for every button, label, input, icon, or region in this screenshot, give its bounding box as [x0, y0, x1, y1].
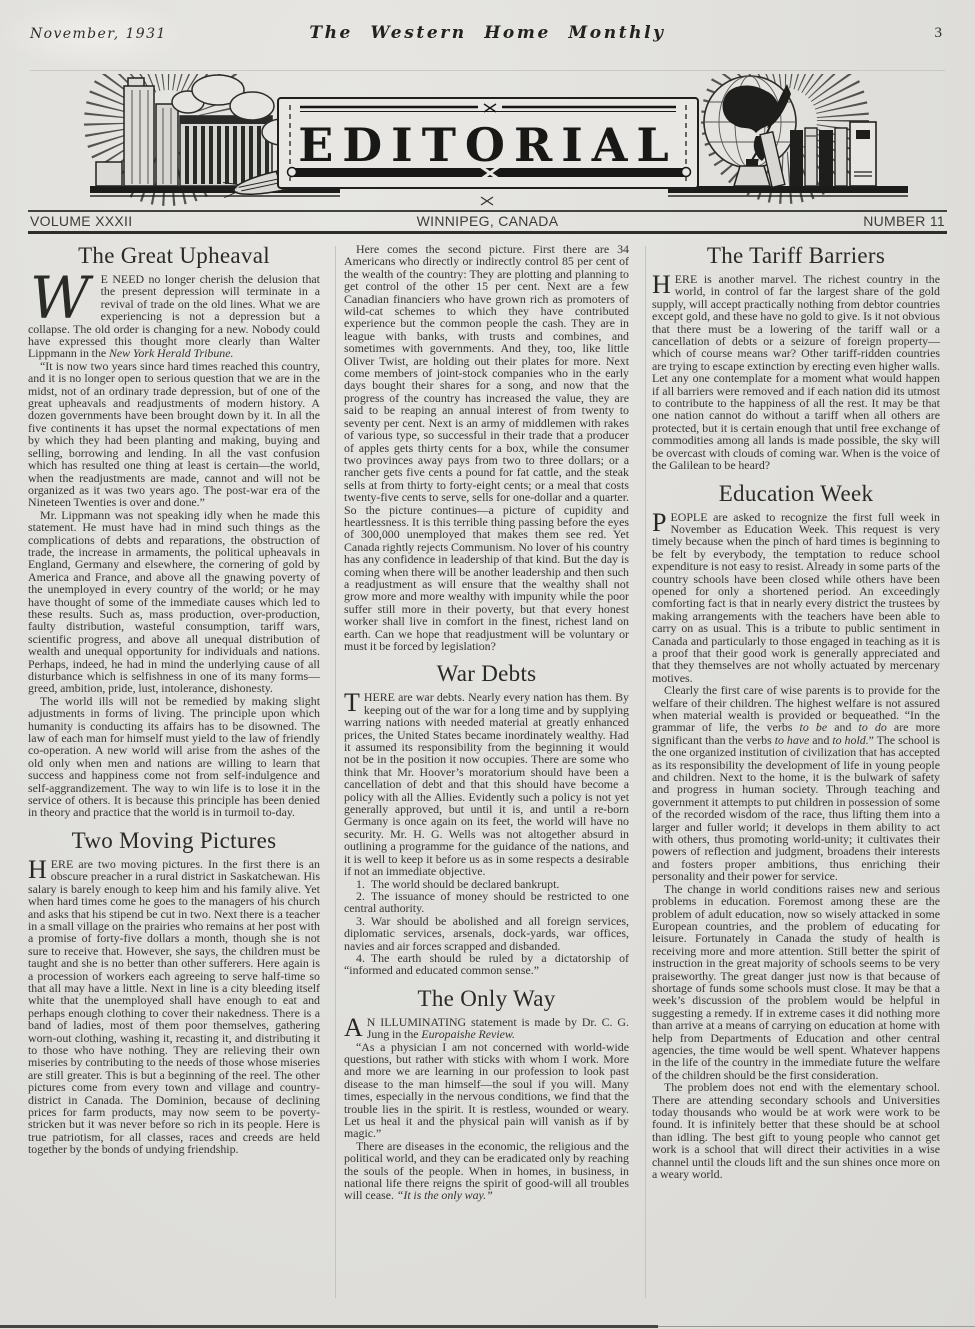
masthead: VOLUME XXXII WINNIPEG, CANADA NUMBER 11 [28, 213, 947, 230]
drop-cap: P [652, 511, 670, 534]
masthead-rule-bottom [28, 231, 947, 234]
paragraph: “It is now two years since hard times re… [28, 360, 320, 509]
page-bottom-rule-faint [658, 1326, 975, 1327]
paragraph: Mr. Lippmann was not speaking idly when … [28, 509, 320, 695]
paragraph: 2. The issuance of money should be restr… [344, 890, 629, 915]
article-heading: Education Week [652, 481, 940, 507]
paragraph: THERE are war debts. Nearly every nation… [344, 691, 629, 877]
header-rule [30, 70, 945, 71]
magazine-title: The Western Home Monthly [0, 23, 975, 43]
banner-title: EDITORIAL [298, 118, 678, 172]
paragraph: 3. War should be abolished and all forei… [344, 915, 629, 952]
drop-cap: T [344, 691, 364, 714]
paragraph: WE NEED no longer cherish the delusion t… [28, 273, 320, 360]
page-bottom-rule [0, 1325, 658, 1328]
column-left: The Great UpheavalWE NEED no longer cher… [28, 243, 320, 1305]
paragraph: Here comes the second picture. First the… [344, 243, 629, 652]
editorial-scroll-panel: EDITORIAL [278, 98, 698, 205]
column-divider-1 [335, 246, 336, 1298]
magazine-page: November, 1931 The Western Home Monthly … [0, 0, 975, 1329]
paragraph: The change in world conditions raises ne… [652, 883, 940, 1082]
paragraph: “As a physician I am not concerned with … [344, 1041, 629, 1140]
drop-cap: W [28, 273, 101, 320]
paragraph: PEOPLE are asked to recognize the first … [652, 511, 940, 685]
drop-cap: H [28, 858, 51, 881]
paragraph: AN ILLUMINATING statement is made by Dr.… [344, 1016, 629, 1041]
paragraph: HERE is another marvel. The richest coun… [652, 273, 940, 472]
drop-cap: A [344, 1016, 367, 1039]
editorial-banner: EDITORIAL [28, 74, 947, 208]
article-heading: War Debts [344, 661, 629, 687]
paragraph: HERE are two moving pictures. In the fir… [28, 858, 320, 1156]
article-heading: Two Moving Pictures [28, 828, 320, 854]
page-number: 3 [935, 25, 943, 42]
paragraph: There are diseases in the economic, the … [344, 1140, 629, 1202]
drop-cap: H [652, 273, 675, 296]
x-ornament-below-banner [481, 197, 493, 205]
column-center: Here comes the second picture. First the… [344, 243, 629, 1305]
paragraph: The world ills will not be remedied by m… [28, 695, 320, 819]
paragraph: 4. The earth should be ruled by a dictat… [344, 952, 629, 977]
masthead-rule-top [28, 210, 947, 212]
article-heading: The Tariff Barriers [652, 243, 940, 269]
paragraph: Clearly the first care of wise parents i… [652, 684, 940, 883]
globe-icon [704, 76, 796, 168]
column-right: The Tariff BarriersHERE is another marve… [652, 243, 940, 1305]
place-label: WINNIPEG, CANADA [28, 213, 947, 229]
globe-books-illustration [668, 76, 908, 197]
number-label: NUMBER 11 [863, 213, 945, 229]
paragraph: The problem does not end with the elemen… [652, 1081, 940, 1180]
column-divider-2 [645, 246, 646, 1298]
article-heading: The Only Way [344, 986, 629, 1012]
